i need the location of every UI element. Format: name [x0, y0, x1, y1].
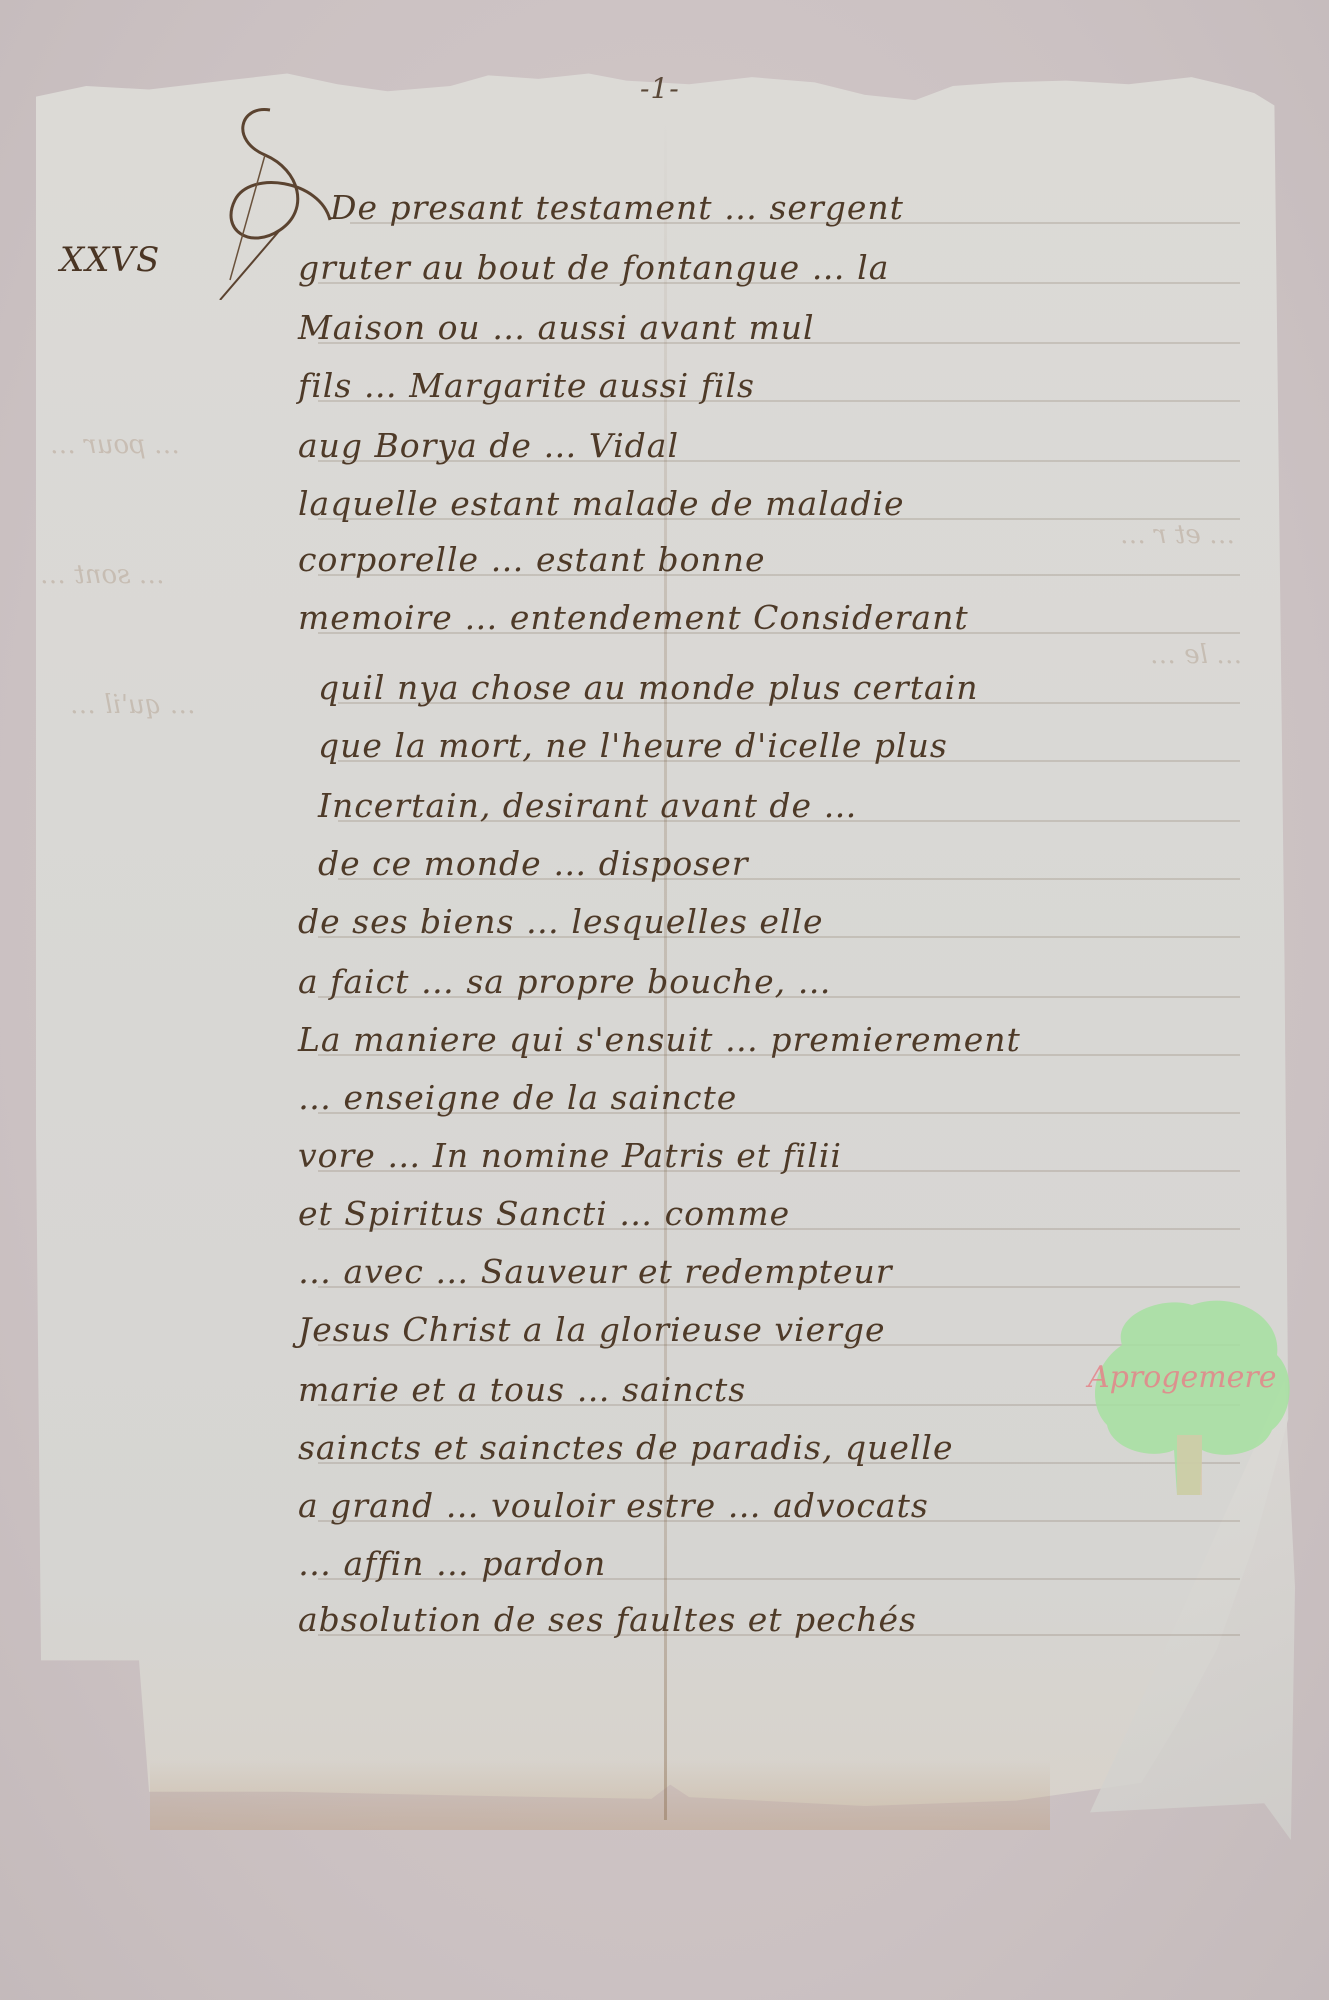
watermark-text: Aprogemere: [1088, 1360, 1277, 1395]
bleed-through-text: … qu'il …: [70, 690, 196, 720]
line-filler-stroke: [318, 632, 1240, 634]
line-filler-stroke: [318, 574, 1240, 576]
line-filler-stroke: [318, 1112, 1240, 1114]
water-stain: [150, 1760, 1050, 1830]
line-filler-stroke: [338, 760, 1240, 762]
line-filler-stroke: [318, 1228, 1240, 1230]
line-filler-stroke: [350, 222, 1240, 224]
line-filler-stroke: [338, 878, 1240, 880]
line-filler-stroke: [318, 1634, 1240, 1636]
bleed-through-text: … sont …: [40, 560, 165, 590]
line-filler-stroke: [338, 820, 1240, 822]
line-filler-stroke: [318, 518, 1240, 520]
bleed-through-text: … pour …: [50, 430, 180, 460]
line-filler-stroke: [318, 282, 1240, 284]
line-filler-stroke: [318, 1520, 1240, 1522]
page-number: -1-: [640, 72, 680, 105]
line-filler-stroke: [318, 1054, 1240, 1056]
margin-note: XXVS: [60, 240, 160, 280]
line-filler-stroke: [318, 936, 1240, 938]
line-filler-stroke: [318, 996, 1240, 998]
line-filler-stroke: [318, 400, 1240, 402]
bleed-through-text: … et r …: [1120, 520, 1235, 550]
line-filler-stroke: [318, 342, 1240, 344]
line-filler-stroke: [318, 460, 1240, 462]
line-filler-stroke: [338, 702, 1240, 704]
line-filler-stroke: [318, 1578, 1240, 1580]
line-filler-stroke: [318, 1170, 1240, 1172]
bleed-through-text: … le …: [1150, 640, 1242, 670]
